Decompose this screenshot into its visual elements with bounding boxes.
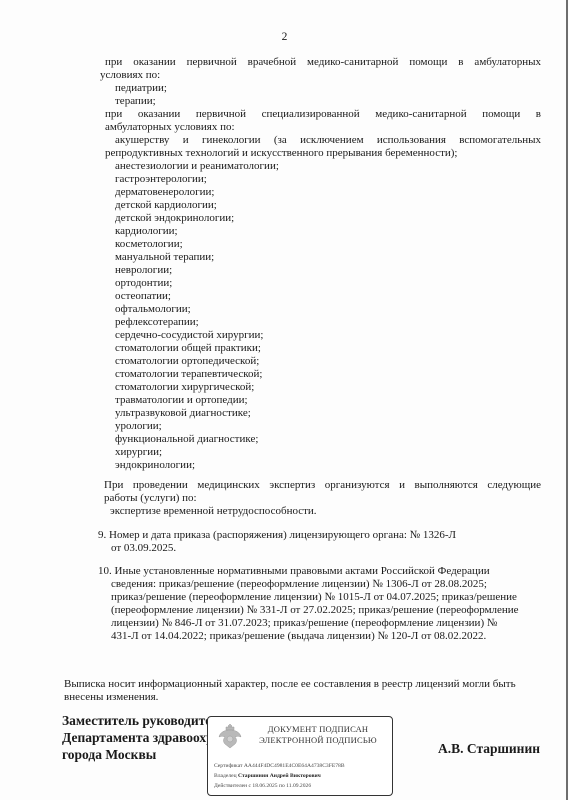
- item-10-line: 431-Л от 14.04.2022; приказ/решение (выд…: [111, 630, 486, 643]
- list-item: стоматологии ортопедической;: [115, 355, 259, 368]
- list-item: хирургии;: [115, 446, 162, 459]
- list-item: акушерству и гинекологии (за исключением…: [115, 134, 541, 147]
- list-item: неврологии;: [115, 264, 172, 277]
- list-item: косметологии;: [115, 238, 183, 251]
- list-item: стоматологии хирургической;: [115, 381, 254, 394]
- stamp-heading-line: ЭЛЕКТРОННОЙ ПОДПИСЬЮ: [248, 735, 388, 746]
- page-number: 2: [0, 31, 569, 43]
- list-item: сердечно-сосудистой хирургии;: [115, 329, 264, 342]
- primary-care-heading: при оказании первичной врачебной медико-…: [105, 56, 541, 69]
- expertise-heading: При проведении медицинских экспертиз орг…: [104, 479, 541, 492]
- owner-row: Владелец Старшинин Андрей Викторович: [214, 772, 321, 780]
- list-item: детской эндокринологии;: [115, 212, 234, 225]
- list-item: функциональной диагностике;: [115, 433, 258, 446]
- item-10-line: сведения: приказ/решение (переоформление…: [111, 578, 487, 591]
- list-item: эндокринологии;: [115, 459, 195, 472]
- list-item: офтальмологии;: [115, 303, 191, 316]
- list-item: детской кардиологии;: [115, 199, 217, 212]
- page-edge: [566, 0, 568, 800]
- specialized-care-heading: при оказании первичной специализированно…: [105, 108, 541, 121]
- item-9-cont: от 03.09.2025.: [111, 542, 176, 555]
- stamp-heading: ДОКУМЕНТ ПОДПИСАН ЭЛЕКТРОННОЙ ПОДПИСЬЮ: [248, 724, 388, 746]
- primary-care-heading-cont: условиях по:: [100, 69, 160, 82]
- list-item: педиатрии;: [115, 82, 167, 95]
- owner-value: Старшинин Андрей Викторович: [238, 773, 321, 779]
- list-item: экспертизе временной нетрудоспособности.: [110, 505, 317, 518]
- list-item: анестезиологии и реаниматологии;: [115, 160, 279, 173]
- certificate-label: Сертификат: [214, 763, 242, 769]
- electronic-signature-stamp: ДОКУМЕНТ ПОДПИСАН ЭЛЕКТРОННОЙ ПОДПИСЬЮ С…: [207, 716, 393, 796]
- list-item: мануальной терапии;: [115, 251, 214, 264]
- list-item: стоматологии терапевтической;: [115, 368, 262, 381]
- certificate-row: Сертификат AA444F4DC4981E4C0E64A4738C3FE…: [214, 762, 345, 770]
- list-item: кардиологии;: [115, 225, 178, 238]
- item-10-line: лицензии) № 846-Л от 31.07.2023; приказ/…: [111, 617, 497, 630]
- disclaimer: Выписка носит информационный характер, п…: [64, 678, 516, 691]
- validity-row: Действителен с 18.06.2025 по 11.09.2026: [214, 782, 311, 790]
- item-10-line: (переоформление лицензии) № 331-Л от 27.…: [111, 604, 519, 617]
- certificate-value: AA444F4DC4981E4C0E64A4738C3FE78B: [244, 763, 345, 769]
- item-10: 10. Иные установленные нормативными прав…: [98, 565, 490, 578]
- specialized-care-heading-cont: амбулаторных условиях по:: [105, 121, 235, 134]
- signer-name: А.В. Старшинин: [438, 741, 540, 757]
- list-item: дерматовенерологии;: [115, 186, 214, 199]
- list-item: гастроэнтерологии;: [115, 173, 207, 186]
- item-9: 9. Номер и дата приказа (распоряжения) л…: [98, 529, 456, 542]
- list-item: ультразвуковой диагностике;: [115, 407, 251, 420]
- list-item: рефлексотерапии;: [115, 316, 199, 329]
- list-item: травматологии и ортопедии;: [115, 394, 248, 407]
- list-item: стоматологии общей практики;: [115, 342, 261, 355]
- list-item: остеопатии;: [115, 290, 171, 303]
- disclaimer-cont: внесены изменения.: [64, 691, 158, 704]
- list-item: ортодонтии;: [115, 277, 172, 290]
- list-item-cont: репродуктивных технологий и искусственно…: [105, 147, 458, 160]
- expertise-heading-cont: работы (услуги) по:: [104, 492, 197, 505]
- list-item: урологии;: [115, 420, 162, 433]
- stamp-heading-line: ДОКУМЕНТ ПОДПИСАН: [248, 724, 388, 735]
- list-item: терапии;: [115, 95, 156, 108]
- coat-of-arms-icon: [217, 721, 243, 751]
- item-10-line: приказ/решение (переоформление лицензии)…: [111, 591, 517, 604]
- owner-label: Владелец: [214, 773, 237, 779]
